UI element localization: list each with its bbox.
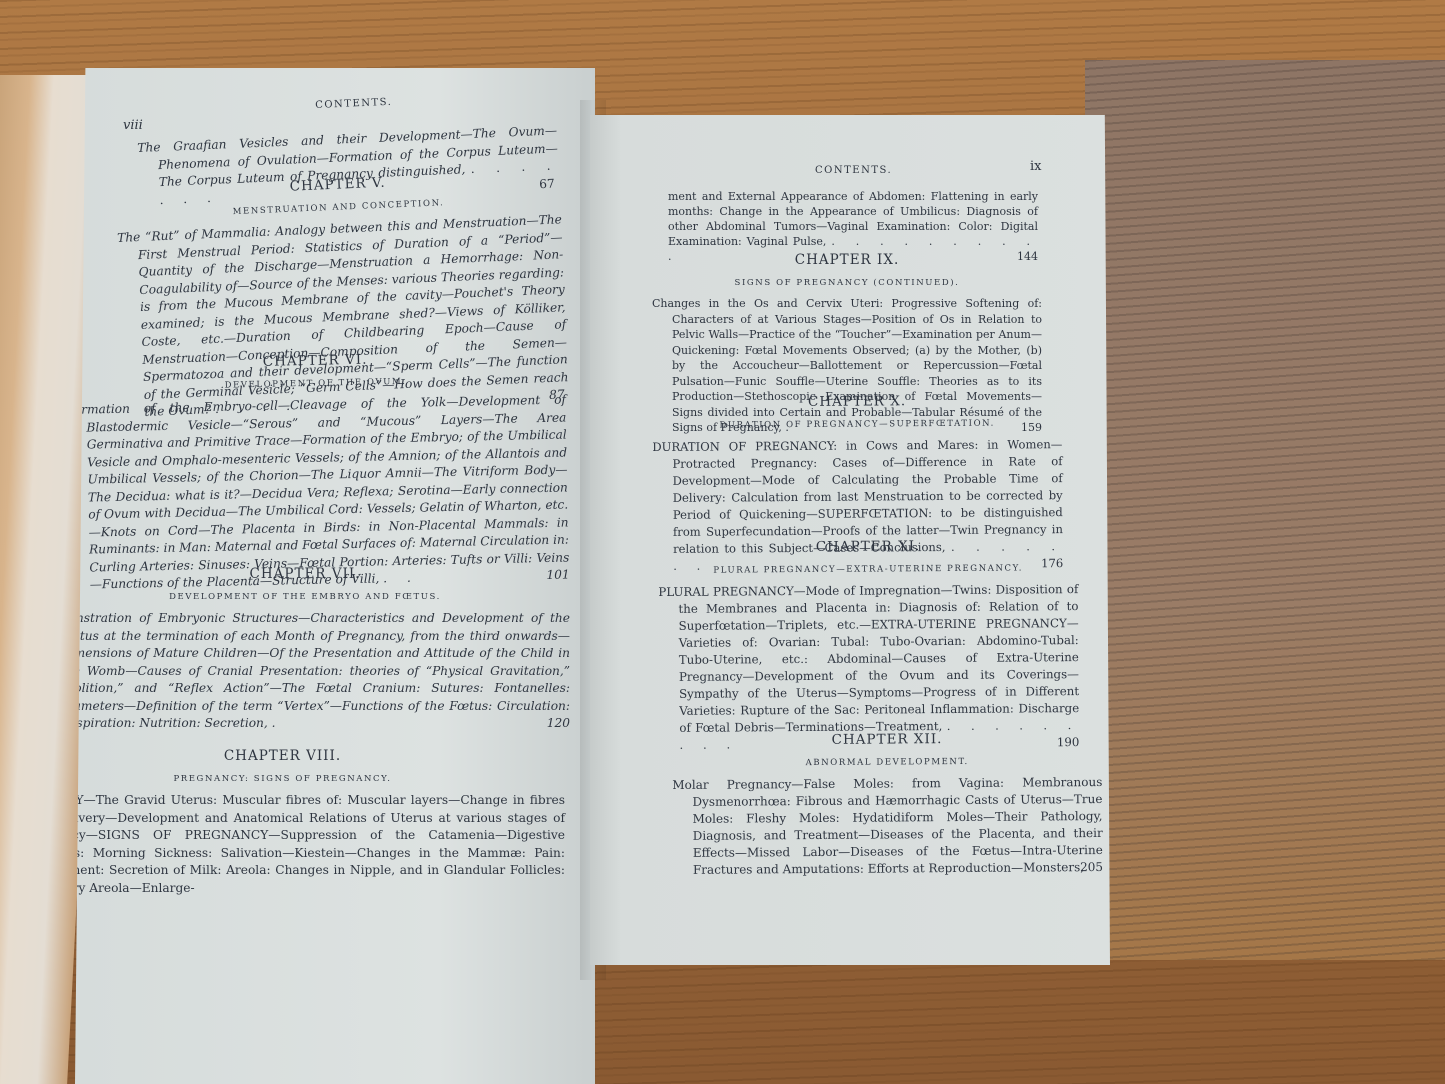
entry-text: PREGNANCY—The Gravid Uterus: Muscular fi… xyxy=(0,793,565,895)
entry-page-number: 120 xyxy=(567,715,570,733)
toc-entry: Molar Pregnancy—False Moles: from Vagina… xyxy=(672,774,1103,879)
toc-entry: Demonstration of Embryonic Structures—Ch… xyxy=(40,610,570,733)
chapter-7: CHAPTER VII. DEVELOPMENT OF THE EMBRYO A… xyxy=(40,566,570,733)
entry-page-number: 205 xyxy=(1100,859,1103,876)
entry-page-number: 87 xyxy=(569,386,570,403)
chapter-subtitle: SIGNS OF PREGNANCY (Continued). xyxy=(652,278,1042,288)
chapter-6: CHAPTER VI. DEVELOPMENT OF THE OVUM. For… xyxy=(65,348,570,595)
left-page: CONTENTS. viii The Graafian Vesicles and… xyxy=(75,68,595,1084)
toc-entry: PLURAL PREGNANCY—Mode of Impregnation—Tw… xyxy=(658,581,1079,754)
entry-text: Formation of the Embryo-cell—Cleavage of… xyxy=(66,393,569,592)
chapter-title: CHAPTER VIII. xyxy=(0,748,565,764)
chapter-subtitle: PLURAL PREGNANCY—EXTRA-UTERINE PREGNANCY… xyxy=(658,563,1078,576)
entry-text: Molar Pregnancy—False Moles: from Vagina… xyxy=(672,775,1103,877)
chapter-subtitle: DURATION OF PREGNANCY—SUPERFŒTATION. xyxy=(652,418,1062,431)
chapter-12: CHAPTER XII. ABNORMAL DEVELOPMENT. Molar… xyxy=(672,730,1103,879)
chapter-subtitle: PREGNANCY: SIGNS OF PREGNANCY. xyxy=(0,774,565,784)
entry-text: PLURAL PREGNANCY—Mode of Impregnation—Tw… xyxy=(658,582,1079,735)
wooden-table-surface xyxy=(1085,60,1445,960)
chapter-title: CHAPTER VII. xyxy=(40,566,570,582)
chapter-subtitle: DEVELOPMENT OF THE OVUM. xyxy=(66,374,566,394)
chapter-8: CHAPTER VIII. PREGNANCY: SIGNS OF PREGNA… xyxy=(0,748,565,897)
chapter-title: CHAPTER XI. xyxy=(658,537,1078,556)
page-number: viii xyxy=(123,118,143,133)
entry-text: Demonstration of Embryonic Structures—Ch… xyxy=(40,611,570,730)
running-head: CONTENTS. xyxy=(315,97,393,111)
chapter-title: CHAPTER X. xyxy=(652,392,1062,411)
running-head: CONTENTS. xyxy=(815,165,892,176)
toc-entry: PREGNANCY—The Gravid Uterus: Muscular fi… xyxy=(0,792,565,897)
chapter-subtitle: DEVELOPMENT OF THE EMBRYO AND FŒTUS. xyxy=(40,592,570,602)
chapter-title: CHAPTER IX. xyxy=(652,252,1042,268)
chapter-title: CHAPTER XII. xyxy=(672,730,1102,749)
right-page: CONTENTS. ix ment and External Appearanc… xyxy=(590,115,1110,965)
chapter-subtitle: ABNORMAL DEVELOPMENT. xyxy=(672,756,1102,769)
leader-dots: . xyxy=(272,716,284,730)
chapter-11: CHAPTER XI. PLURAL PREGNANCY—EXTRA-UTERI… xyxy=(658,537,1079,754)
toc-entry: Formation of the Embryo-cell—Cleavage of… xyxy=(66,392,570,595)
page-number: ix xyxy=(1030,159,1042,174)
